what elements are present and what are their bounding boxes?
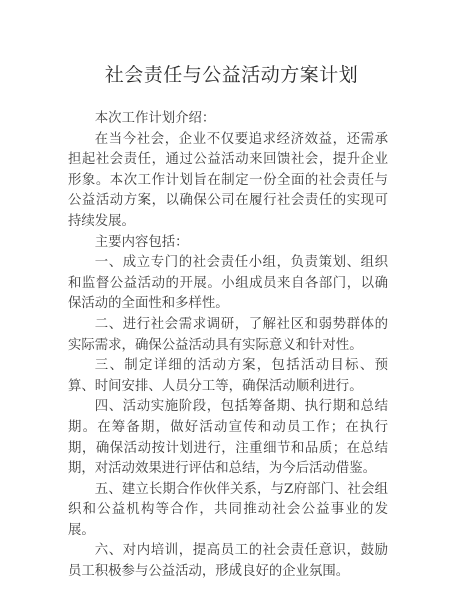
paragraph-item-2: 二、进行社会需求调研，了解社区和弱势群体的实际需求，确保公益活动具有实际意义和针… [68,315,388,356]
paragraph-item-1: 一、成立专门的社会责任小组，负责策划、组织和监督公益活动的开展。小组成员来自各部… [68,253,388,315]
paragraph-contents-heading: 主要内容包括： [68,233,388,254]
paragraph-intro: 在当今社会，企业不仅要追求经济效益，还需承担起社会责任，通过公益活动来回馈社会，… [68,130,388,233]
document-title: 社会责任与公益活动方案计划 [0,62,463,88]
paragraph-item-5: 五、建立长期合作伙伴关系，与Z府部门、社会组织和公益机构等合作，共同推动社会公益… [68,480,388,542]
paragraph-intro-heading: 本次工作计划介绍： [68,109,388,130]
document-page: 社会责任与公益活动方案计划 本次工作计划介绍： 在当今社会，企业不仅要追求经济效… [0,0,463,600]
paragraph-item-3: 三、制定详细的活动方案，包括活动目标、预算、时间安排、人员分工等，确保活动顺利进… [68,356,388,397]
document-body: 本次工作计划介绍： 在当今社会，企业不仅要追求经济效益，还需承担起社会责任，通过… [68,109,388,583]
paragraph-item-4: 四、活动实施阶段，包括筹备期、执行期和总结期。在筹备期，做好活动宣传和动员工作；… [68,397,388,479]
page-number: 1 / 7 [0,562,463,573]
